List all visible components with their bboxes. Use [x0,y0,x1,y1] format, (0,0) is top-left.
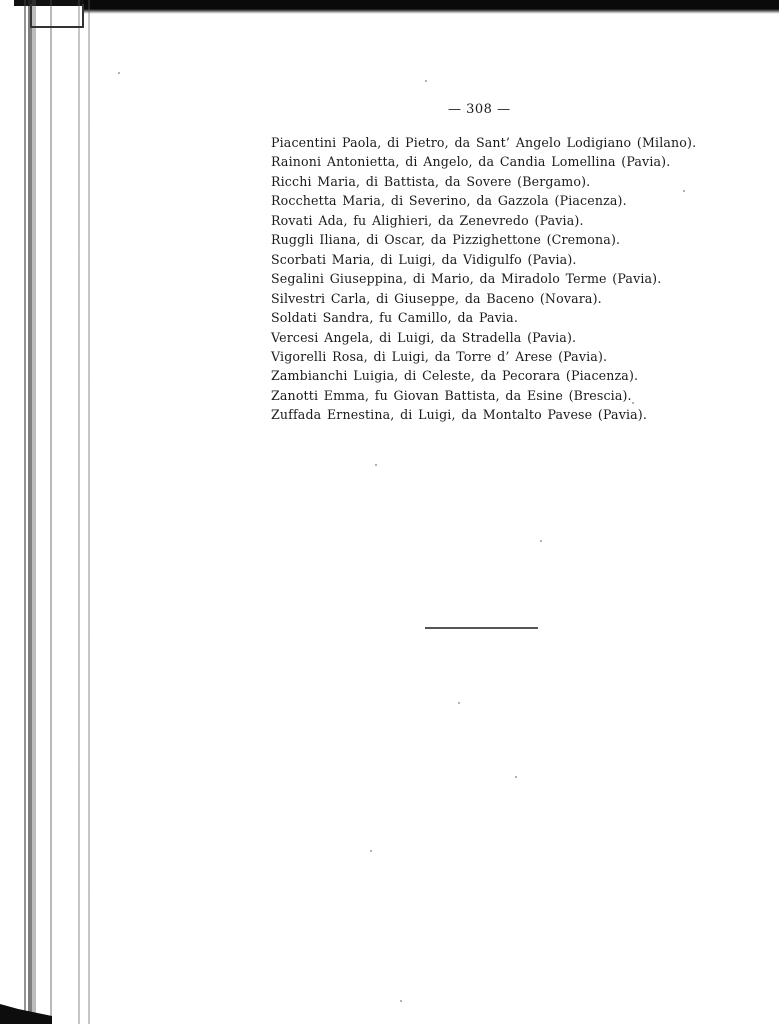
list-item: Vercesi Angela, di Luigi, da Stradella (… [271,328,696,347]
scan-top-edge [84,0,779,14]
list-item: Scorbati Maria, di Luigi, da Vidigulfo (… [271,250,696,269]
scan-speck [375,464,377,466]
scan-speck [515,776,517,778]
section-divider [425,627,538,629]
list-item: Soldati Sandra, fu Camillo, da Pavia. [271,308,696,327]
scan-speck [425,80,427,82]
book-binding-gutter [0,0,90,1024]
list-item: Rainoni Antonietta, di Angelo, da Candia… [271,152,696,171]
list-item: Piacentini Paola, di Pietro, da Sant’ An… [271,133,696,152]
binding-clip [30,4,84,28]
scan-speck [370,850,372,852]
list-item: Ruggli Iliana, di Oscar, da Pizzighetton… [271,230,696,249]
list-item: Zuffada Ernestina, di Luigi, da Montalto… [271,405,696,424]
scan-speck [683,190,685,192]
list-item: Rocchetta Maria, di Severino, da Gazzola… [271,191,696,210]
scan-speck [118,72,120,74]
list-item: Rovati Ada, fu Alighieri, da Zenevredo (… [271,211,696,230]
scan-speck [400,1000,402,1002]
list-item: Zambianchi Luigia, di Celeste, da Pecora… [271,366,696,385]
scan-speck [540,540,542,542]
name-list: Piacentini Paola, di Pietro, da Sant’ An… [271,133,696,425]
list-item: Ricchi Maria, di Battista, da Sovere (Be… [271,172,696,191]
list-item: Silvestri Carla, di Giuseppe, da Baceno … [271,289,696,308]
page-number: — 308 — [448,102,511,117]
list-item: Vigorelli Rosa, di Luigi, da Torre d’ Ar… [271,347,696,366]
list-item: Segalini Giuseppina, di Mario, da Mirado… [271,269,696,288]
scan-speck [458,702,460,704]
scan-speck [632,402,634,404]
